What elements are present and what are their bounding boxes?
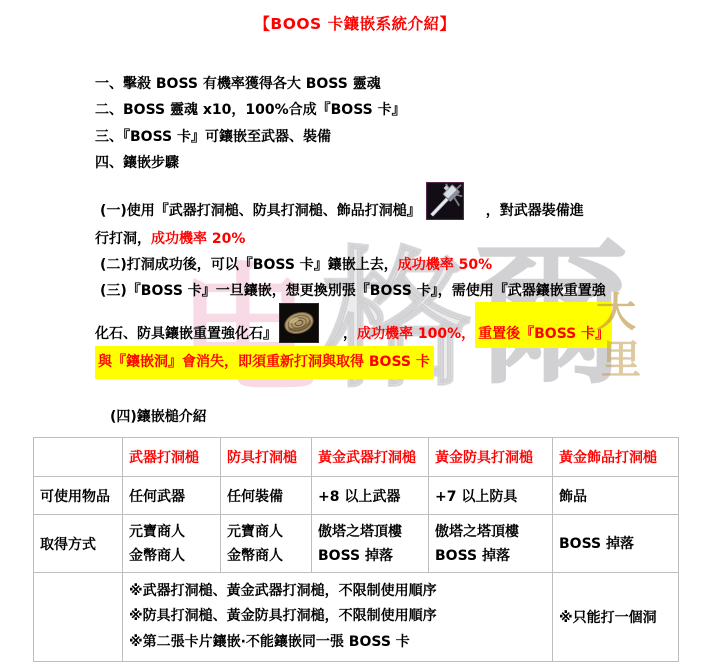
- header-armor-hammer: 防具打洞槌: [221, 438, 312, 477]
- cell-line: 傲塔之塔頂樓: [318, 520, 422, 544]
- intro-item-1: 一、擊殺 BOSS 有機率獲得各大 BOSS 靈魂: [95, 71, 406, 97]
- intro-item-2: 二、BOSS 靈魂 x10，100%合成『BOSS 卡』: [95, 97, 406, 123]
- table-row-usable-items: 可使用物品 任何武器 任何裝備 +8 以上武器 +7 以上防具 飾品: [34, 477, 679, 515]
- table-row-notes: ※武器打洞槌、黃金武器打洞槌，不限制使用順序 ※防具打洞槌、黃金防具打洞槌，不限…: [34, 573, 679, 662]
- step3-highlighted-text: 重置後『BOSS 卡』: [475, 302, 612, 348]
- header-weapon-hammer: 武器打洞槌: [123, 438, 221, 477]
- success-rate-20: 成功機率 20%: [151, 231, 245, 247]
- table-cell: +8 以上武器: [312, 477, 429, 515]
- document-content: 【BOOS 卡鑲嵌系統介紹】 一、擊殺 BOSS 有機率獲得各大 BOSS 靈魂…: [0, 0, 710, 665]
- step3-line2-text: 化石、防具鑲嵌重置強化石』: [95, 323, 277, 348]
- table-cell: 任何裝備: [221, 477, 312, 515]
- table-cell: BOSS 掉落: [553, 515, 679, 573]
- step3-line3: 與『鑲嵌洞』會消失，即須重新打洞與取得 BOSS 卡: [95, 346, 434, 379]
- step4-heading: (四)鑲嵌槌介紹: [110, 406, 207, 426]
- step2-text: (二)打洞成功後，可以『BOSS 卡』鑲嵌上去，: [100, 257, 398, 273]
- row-label: 可使用物品: [34, 477, 123, 515]
- intro-list: 一、擊殺 BOSS 有機率獲得各大 BOSS 靈魂 二、BOSS 靈魂 x10，…: [95, 71, 406, 177]
- step1-line2-text: 行打洞，: [95, 231, 151, 247]
- step3-line2: 化石、防具鑲嵌重置強化石』 ， 成功機率 100%， 重置後『BOSS 卡』: [95, 302, 612, 348]
- success-rate-100: 成功機率 100%，: [357, 323, 475, 348]
- empty-cell: [34, 573, 123, 662]
- table-cell: 任何武器: [123, 477, 221, 515]
- page-title: 【BOOS 卡鑲嵌系統介紹】: [0, 12, 710, 34]
- cell-line: 元寶商人: [129, 520, 214, 544]
- cell-line: BOSS 掉落: [559, 532, 672, 556]
- note-line: ※防具打洞槌、黃金防具打洞槌，不限制使用順序: [129, 604, 546, 630]
- header-gold-weapon-hammer: 黃金武器打洞槌: [312, 438, 429, 477]
- cell-line: 金幣商人: [227, 544, 305, 568]
- notes-cell: ※武器打洞槌、黃金武器打洞槌，不限制使用順序 ※防具打洞槌、黃金防具打洞槌，不限…: [123, 573, 553, 662]
- step1-line1: (一)使用『武器打洞槌、防具打洞槌、飾品打洞槌』: [100, 182, 584, 223]
- intro-item-4: 四、鑲嵌步驟: [95, 150, 406, 176]
- table-cell: 元寶商人 金幣商人: [123, 515, 221, 573]
- punch-hammer-item-icon: [426, 182, 464, 223]
- table-cell: 傲塔之塔頂樓 BOSS 掉落: [312, 515, 429, 573]
- table-cell: 元寶商人 金幣商人: [221, 515, 312, 573]
- note-line: ※武器打洞槌、黃金武器打洞槌，不限制使用順序: [129, 579, 546, 605]
- cell-line: 金幣商人: [129, 544, 214, 568]
- intro-item-3: 三、『BOSS 卡』可鑲嵌至武器、裝備: [95, 124, 406, 150]
- cell-line: BOSS 掉落: [435, 544, 546, 568]
- reset-stone-item-icon: [279, 303, 319, 348]
- step3-line1: (三)『BOSS 卡』一旦鑲嵌，想更換別張『BOSS 卡』，需使用『武器鑲嵌重置…: [100, 280, 606, 300]
- step3-highlighted-line: 與『鑲嵌洞』會消失，即須重新打洞與取得 BOSS 卡: [95, 346, 434, 379]
- cell-line: 傲塔之塔頂樓: [435, 520, 546, 544]
- step2-line: (二)打洞成功後，可以『BOSS 卡』鑲嵌上去，成功機率 50%: [100, 254, 492, 274]
- success-rate-50: 成功機率 50%: [398, 257, 492, 273]
- hammer-info-table: 武器打洞槌 防具打洞槌 黃金武器打洞槌 黃金防具打洞槌 黃金飾品打洞槌 可使用物…: [33, 437, 679, 662]
- table-header-row: 武器打洞槌 防具打洞槌 黃金武器打洞槌 黃金防具打洞槌 黃金飾品打洞槌: [34, 438, 679, 477]
- step1-text-after-icon: ，對武器裝備進: [486, 200, 584, 223]
- step1-text: (一)使用『武器打洞槌、防具打洞槌、飾品打洞槌』: [100, 200, 421, 223]
- header-empty-cell: [34, 438, 123, 477]
- table-cell: +7 以上防具: [429, 477, 553, 515]
- step1-line2: 行打洞，成功機率 20%: [95, 228, 245, 248]
- header-gold-accessory-hammer: 黃金飾品打洞槌: [553, 438, 679, 477]
- document-page: { "title": "【BOOS 卡鑲嵌系統介紹】", "colors": {…: [0, 0, 710, 665]
- table-cell: 飾品: [553, 477, 679, 515]
- note-right-cell: ※只能打一個洞: [553, 573, 679, 662]
- cell-line: 元寶商人: [227, 520, 305, 544]
- cell-line: BOSS 掉落: [318, 544, 422, 568]
- step3-separator: ，: [343, 323, 357, 348]
- note-line: ※第二張卡片鑲嵌·不能鑲嵌同一張 BOSS 卡: [129, 630, 546, 656]
- table-row-obtain-method: 取得方式 元寶商人 金幣商人 元寶商人 金幣商人 傲塔之塔頂樓 BOSS 掉落 …: [34, 515, 679, 573]
- row-label: 取得方式: [34, 515, 123, 573]
- table-cell: 傲塔之塔頂樓 BOSS 掉落: [429, 515, 553, 573]
- header-gold-armor-hammer: 黃金防具打洞槌: [429, 438, 553, 477]
